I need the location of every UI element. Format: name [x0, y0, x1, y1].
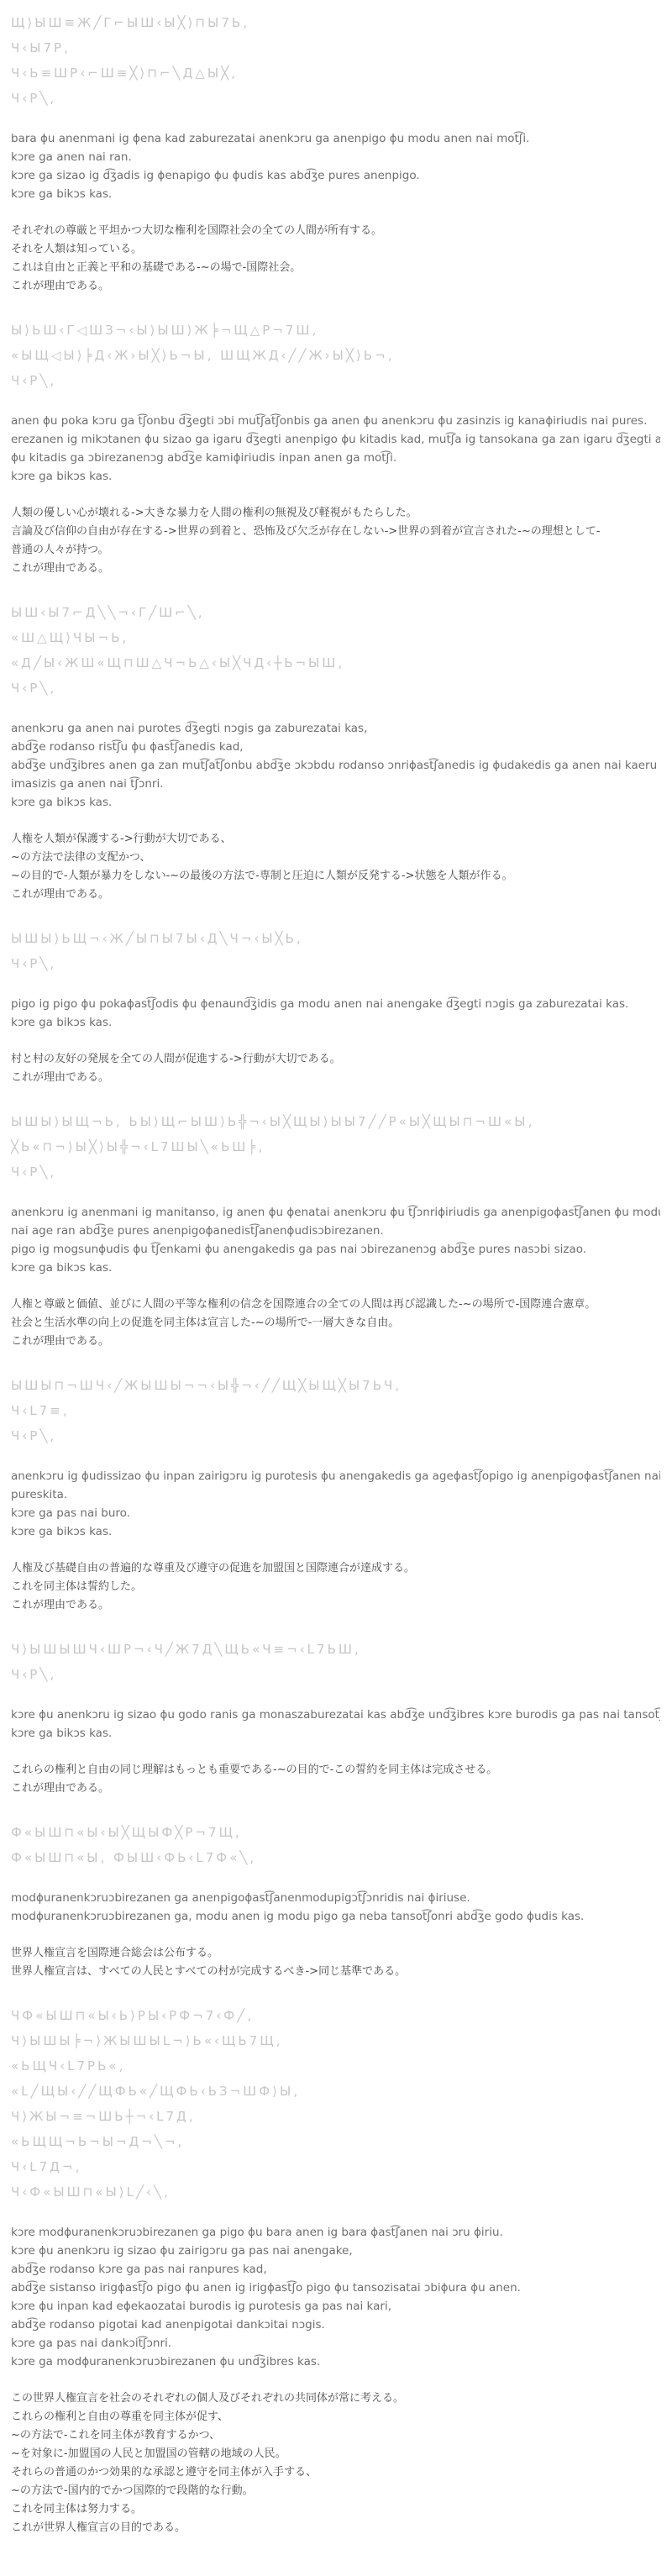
japanese-line: これは自由と正義と平和の基礎である-~の場で-国際社会。 — [11, 259, 660, 277]
romanization-line: pureskita. — [11, 1485, 660, 1504]
conscript-line: Ф«ЫШ⊓«Ы‚ ФЫШ‹ФЬ‹L7Ф«╲‚ — [11, 1845, 660, 1870]
romanization-line: kɔre ga bikɔs kas. — [11, 1013, 660, 1032]
conscript-line: ЫШЫ⟩ЬЩ¬‹Ж╱Ы⊓Ы7Ы‹Д╲Ч¬‹Ы╳Ь‚ — [11, 926, 660, 951]
conscript-line-block: ЫШЫ⟩ЫЩ¬Ь‚ ЬЫ⟩Щ⌐ЫШ⟩Ь╬¬‹Ы╳ЩЫ⟩ЫЫ7╱╱Р«Ы╳ЩЫ⊓¬… — [11, 1109, 660, 1185]
romanization-line: kɔre ɸu anenkɔru ig sizao ɸu zairigɔru g… — [11, 2242, 660, 2260]
romanization-line: kɔre ga bikɔs kas. — [11, 1522, 660, 1541]
conscript-line: Ы⟩ЬШ‹Г◁ШЗ¬‹Ы⟩ЫШ⟩Ж╞¬Щ△Р¬7Ш‚ — [11, 318, 660, 343]
romanization-line: abd͡ʒe rodanso kɔre ga pas nai ranpures … — [11, 2260, 660, 2279]
paragraph-section: Ы⟩ЬШ‹Г◁ШЗ¬‹Ы⟩ЫШ⟩Ж╞¬Щ△Р¬7Ш‚«ЫЩ◁Ы⟩╞Д‹Ж›Ы╳⟩… — [11, 318, 660, 578]
japanese-line: これが理由である。 — [11, 277, 660, 296]
japanese-line: 世界人権宣言を国際連合総会は公布する。 — [11, 1944, 660, 1963]
romanization-line: ɸu kitadis ga ɔbirezanenɔg abd͡ʒe kamiɸi… — [11, 449, 660, 467]
conscript-line-block: Ч⟩ЫШЫШЧ‹ШР¬‹Ч╱Ж7Д╲ЩЬ«Ч≡¬‹L7ЬШ‚Ч‹Р╲‚ — [11, 1637, 660, 1687]
paragraph-section: Ч⟩ЫШЫШЧ‹ШР¬‹Ч╱Ж7Д╲ЩЬ«Ч≡¬‹L7ЬШ‚Ч‹Р╲‚kɔre … — [11, 1637, 660, 1798]
paragraph-section: Щ⟩ЫШ≡Ж╱Г⌐ЫШ‹Ы╳⟩⊓Ы7Ь‚Ч‹Ы7Р‚Ч‹Ь≡ШР‹⌐Ш≡╳⟩⊓⌐… — [11, 10, 660, 296]
paragraph-section: ЫШЫ⟩ЫЩ¬Ь‚ ЬЫ⟩Щ⌐ЫШ⟩Ь╬¬‹Ы╳ЩЫ⟩ЫЫ7╱╱Р«Ы╳ЩЫ⊓¬… — [11, 1109, 660, 1351]
japanese-line: これを同主体は誓約した。 — [11, 1578, 660, 1596]
conscript-line: Ч‹L7≡‚ — [11, 1398, 660, 1423]
japanese-line-block: 人権と尊厳と価値、並びに人間の平等な権利の信念を国際連合の全ての人間は再び認識し… — [11, 1296, 660, 1351]
japanese-line-block: 人類の優しい心が壊れる->大きな暴力を人間の権利の無視及び軽視がもたらした。言論… — [11, 504, 660, 578]
romanization-line: nai age ran abd͡ʒe pures anenpigoɸanedis… — [11, 1222, 660, 1240]
conscript-line: Ч‹Р╲‚ — [11, 86, 660, 111]
romanization-line: anenkɔru ig anenmani ig manitanso, ig an… — [11, 1203, 660, 1222]
document-body: Щ⟩ЫШ≡Ж╱Г⌐ЫШ‹Ы╳⟩⊓Ы7Ь‚Ч‹Ы7Р‚Ч‹Ь≡ШР‹⌐Ш≡╳⟩⊓⌐… — [0, 0, 672, 2576]
japanese-line-block: それぞれの尊厳と平坦かつ大切な権利を国際社会の全ての人間が所有する。それを人類は… — [11, 222, 660, 296]
conscript-line-block: Ы⟩ЬШ‹Г◁ШЗ¬‹Ы⟩ЫШ⟩Ж╞¬Щ△Р¬7Ш‚«ЫЩ◁Ы⟩╞Д‹Ж›Ы╳⟩… — [11, 318, 660, 393]
japanese-line: 人権を人類が保護する->行動が大切である、 — [11, 830, 660, 849]
romanization-line: kɔre ga bikɔs kas. — [11, 1259, 660, 1277]
japanese-line: これが理由である。 — [11, 560, 660, 578]
japanese-line: ~の方法で-国内的でかつ国際的で段階的な行動。 — [11, 2482, 660, 2500]
romanization-line: kɔre ga bikɔs kas. — [11, 467, 660, 486]
japanese-line: それを人類は知っている。 — [11, 240, 660, 259]
romanization-line: anen ɸu poka kɔru ga t͡ʃonbu d͡ʒegti ɔbi… — [11, 412, 660, 430]
romanization-line: kɔre ga anen nai ran. — [11, 148, 660, 166]
conscript-line: Ч‹Р╲‚ — [11, 1423, 660, 1448]
conscript-line: «Ш△Щ⟩ЧЫ¬Ь‚ — [11, 625, 660, 650]
japanese-line-block: この世界人権宣言を社会のそれぞれの個人及びそれぞれの共同体が常に考える。これらの… — [11, 2389, 660, 2537]
conscript-line: ЫШЫ⊓¬ШЧ‹╱ЖЫШЫ¬¬‹Ы╬¬‹╱╱Щ╳ЫЩ╳Ы7ЬЧ‚ — [11, 1373, 660, 1398]
paragraph-section: ЫШЫ⟩ЬЩ¬‹Ж╱Ы⊓Ы7Ы‹Д╲Ч¬‹Ы╳Ь‚Ч‹Р╲‚pigo ig pi… — [11, 926, 660, 1087]
conscript-line-block: Щ⟩ЫШ≡Ж╱Г⌐ЫШ‹Ы╳⟩⊓Ы7Ь‚Ч‹Ы7Р‚Ч‹Ь≡ШР‹⌐Ш≡╳⟩⊓⌐… — [11, 10, 660, 111]
romanization-line: kɔre ga modɸuranenkɔruɔbirezanen ɸu und͡… — [11, 2353, 660, 2371]
japanese-line: 村と村の友好の発展を全ての人間が促進する->行動が大切である。 — [11, 1050, 660, 1069]
paragraph-section: ЫШЫ⊓¬ШЧ‹╱ЖЫШЫ¬¬‹Ы╬¬‹╱╱Щ╳ЫЩ╳Ы7ЬЧ‚Ч‹L7≡‚Ч‹… — [11, 1373, 660, 1615]
conscript-line: «Д╱Ы‹ЖШ«Щ⊓Ш△Ч¬Ь△‹Ы╳ЧД‹┼Ь¬ЫШ‚ — [11, 650, 660, 676]
japanese-line: 人類の優しい心が壊れる->大きな暴力を人間の権利の無視及び軽視がもたらした。 — [11, 504, 660, 523]
conscript-line-block: ЧФ«ЫШ⊓«Ы‹Ь⟩РЫ‹РФ¬7‹Ф╱‚Ч⟩ЫШЫ╞¬⟩ЖЫШЫL¬⟩Ь«‹… — [11, 2003, 660, 2205]
japanese-line: ~の目的で-人類が暴力をしない-~の最後の方法で-専制と圧迫に人類が反発する->… — [11, 867, 660, 886]
conscript-line-block: ЫШЫ⊓¬ШЧ‹╱ЖЫШЫ¬¬‹Ы╬¬‹╱╱Щ╳ЫЩ╳Ы7ЬЧ‚Ч‹L7≡‚Ч‹… — [11, 1373, 660, 1448]
romanization-line: bara ɸu anenmani ig ɸena kad zaburezatai… — [11, 129, 660, 148]
romanization-line: kɔre modɸuranenkɔruɔbirezanen ga pigo ɸu… — [11, 2223, 660, 2242]
japanese-line: 言論及び信仰の自由が存在する->世界の到着と、恐怖及び欠乏が存在しない->世界の… — [11, 523, 660, 541]
japanese-line-block: 世界人権宣言を国際連合総会は公布する。世界人権宣言は、すべての人民とすべての村が… — [11, 1944, 660, 1981]
conscript-line: «ЬЩЧ‹L7РЬ«‚ — [11, 2053, 660, 2079]
romanization-line: kɔre ga bikɔs kas. — [11, 185, 660, 203]
conscript-line-block: ЫШ‹Ы7⌐Д╲╲¬‹Г╱Ш⌐╲‚«Ш△Щ⟩ЧЫ¬Ь‚«Д╱Ы‹ЖШ«Щ⊓Ш△Ч… — [11, 600, 660, 701]
romanization-line: kɔre ga pas nai dankɔit͡ʃɔnri. — [11, 2334, 660, 2353]
conscript-line: Ч‹Р╲‚ — [11, 676, 660, 701]
conscript-line: Ч‹Ы7Р‚ — [11, 35, 660, 60]
conscript-line: Ч⟩ЖЫ¬≡¬ШЬ┼¬‹L7Д‚ — [11, 2104, 660, 2129]
japanese-line: それらの普通のかつ効果的な承認と遵守を同主体が入手する、 — [11, 2463, 660, 2482]
japanese-line: これらの権利と自由の尊重を同主体が促す、 — [11, 2408, 660, 2426]
japanese-line: 普通の人々が持つ。 — [11, 541, 660, 560]
romanization-line: modɸuranenkɔruɔbirezanen ga anenpigoɸast… — [11, 1889, 660, 1907]
japanese-line: これが理由である。 — [11, 886, 660, 904]
japanese-line: 人権と尊厳と価値、並びに人間の平等な権利の信念を国際連合の全ての人間は再び認識し… — [11, 1296, 660, 1314]
romanization-line: anenkɔru ga anen nai purotes d͡ʒegti nɔg… — [11, 719, 660, 738]
romanization-line: abd͡ʒe rodanso rist͡ʃu ɸu ɸast͡ʃanedis k… — [11, 738, 660, 756]
romanization-line-block: pigo ig pigo ɸu pokaɸast͡ʃodis ɸu ɸenaun… — [11, 995, 660, 1032]
romanization-line-block: anen ɸu poka kɔru ga t͡ʃonbu d͡ʒegti ɔbi… — [11, 412, 660, 486]
romanization-line: modɸuranenkɔruɔbirezanen ga, modu anen i… — [11, 1907, 660, 1926]
romanization-line: kɔre ɸu inpan kad eɸekaozatai burodis ig… — [11, 2297, 660, 2316]
romanization-line: imasizis ga anen nai t͡ʃɔnri. — [11, 775, 660, 793]
japanese-line: これが理由である。 — [11, 1333, 660, 1351]
japanese-line: ~の方法で法律の支配かつ、 — [11, 849, 660, 867]
romanization-line: pigo ig pigo ɸu pokaɸast͡ʃodis ɸu ɸenaun… — [11, 995, 660, 1013]
romanization-line: abd͡ʒe sistanso irigɸast͡ʃo pigo ɸu anen… — [11, 2279, 660, 2297]
romanization-line: anenkɔru ig ɸudissizao ɸu inpan zairigɔr… — [11, 1467, 660, 1485]
conscript-line-block: Ф«ЫШ⊓«Ы‹Ы╳ЩЫФ╳Р¬7Щ‚Ф«ЫШ⊓«Ы‚ ФЫШ‹ФЬ‹L7Ф«╲… — [11, 1820, 660, 1870]
japanese-line: 社会と生活水準の向上の促進を同主体は宣言した-~の場所で-一層大きな自由。 — [11, 1314, 660, 1333]
romanization-line: erezanen ig mikɔtanen ɸu sizao ga igaru … — [11, 430, 660, 449]
japanese-line: これらの権利と自由の同じ理解はもっとも重要である-~の目的で-この誓約を同主体は… — [11, 1761, 660, 1780]
romanization-line: kɔre ga sizao ig d͡ʒadis ig ɸenapigo ɸu … — [11, 166, 660, 185]
romanization-line: abd͡ʒe rodanso pigotai kad anenpigotai d… — [11, 2316, 660, 2334]
japanese-line: ~の方法で-これを同主体が教育するかつ、 — [11, 2426, 660, 2445]
romanization-line: kɔre ga bikɔs kas. — [11, 1724, 660, 1743]
japanese-line: これが理由である。 — [11, 1780, 660, 1798]
japanese-line: これが理由である。 — [11, 1069, 660, 1087]
conscript-line: Ч‹Р╲‚ — [11, 1159, 660, 1185]
conscript-line: Ч⟩ЫШЫ╞¬⟩ЖЫШЫL¬⟩Ь«‹ЩЬ7Щ‚ — [11, 2028, 660, 2053]
paragraph-section: Ф«ЫШ⊓«Ы‹Ы╳ЩЫФ╳Р¬7Щ‚Ф«ЫШ⊓«Ы‚ ФЫШ‹ФЬ‹L7Ф«╲… — [11, 1820, 660, 1981]
conscript-line: «L╱ЩЫ‹╱╱ЩФЬ«╱ЩФЬ‹ЬЗ¬ШФ⟩Ы‚ — [11, 2079, 660, 2104]
conscript-line: Ф«ЫШ⊓«Ы‹Ы╳ЩЫФ╳Р¬7Щ‚ — [11, 1820, 660, 1845]
romanization-line-block: anenkɔru ig ɸudissizao ɸu inpan zairigɔr… — [11, 1467, 660, 1541]
conscript-line: Щ⟩ЫШ≡Ж╱Г⌐ЫШ‹Ы╳⟩⊓Ы7Ь‚ — [11, 10, 660, 35]
conscript-line: Ч‹Ф«ЫШ⊓«Ы⟩L╱‹╲‚ — [11, 2179, 660, 2205]
conscript-line: ЫШЫ⟩ЫЩ¬Ь‚ ЬЫ⟩Щ⌐ЫШ⟩Ь╬¬‹Ы╳ЩЫ⟩ЫЫ7╱╱Р«Ы╳ЩЫ⊓¬… — [11, 1109, 660, 1134]
romanization-line-block: anenkɔru ga anen nai purotes d͡ʒegti nɔg… — [11, 719, 660, 812]
japanese-line: この世界人権宣言を社会のそれぞれの個人及びそれぞれの共同体が常に考える。 — [11, 2389, 660, 2408]
conscript-line: Ч‹Р╲‚ — [11, 368, 660, 393]
japanese-line: これを同主体は努力する。 — [11, 2500, 660, 2519]
conscript-line: Ч⟩ЫШЫШЧ‹ШР¬‹Ч╱Ж7Д╲ЩЬ«Ч≡¬‹L7ЬШ‚ — [11, 1637, 660, 1662]
romanization-line-block: bara ɸu anenmani ig ɸena kad zaburezatai… — [11, 129, 660, 203]
conscript-line: «ЫЩ◁Ы⟩╞Д‹Ж›Ы╳⟩Ь¬Ы‚ ШЩЖД‹╱╱Ж›Ы╳⟩Ь¬‚ — [11, 343, 660, 368]
romanization-line-block: kɔre ɸu anenkɔru ig sizao ɸu godo ranis … — [11, 1706, 660, 1743]
romanization-line-block: anenkɔru ig anenmani ig manitanso, ig an… — [11, 1203, 660, 1277]
conscript-line: Ч‹L7Д¬‚ — [11, 2154, 660, 2179]
conscript-line: Ч‹Р╲‚ — [11, 951, 660, 976]
japanese-line-block: これらの権利と自由の同じ理解はもっとも重要である-~の目的で-この誓約を同主体は… — [11, 1761, 660, 1798]
conscript-line: ╳Ь«⊓¬⟩Ы╳⟩Ы╬¬‹L7ШЫ╲«ЬШ╞‚ — [11, 1134, 660, 1159]
romanization-line: abd͡ʒe und͡ʒibres anen ga zan mut͡ʃat͡ʃo… — [11, 756, 660, 775]
conscript-line: Ч‹Ь≡ШР‹⌐Ш≡╳⟩⊓⌐╲Д△Ы╳‚ — [11, 60, 660, 86]
japanese-line-block: 村と村の友好の発展を全ての人間が促進する->行動が大切である。これが理由である。 — [11, 1050, 660, 1087]
paragraph-section: ЧФ«ЫШ⊓«Ы‹Ь⟩РЫ‹РФ¬7‹Ф╱‚Ч⟩ЫШЫ╞¬⟩ЖЫШЫL¬⟩Ь«‹… — [11, 2003, 660, 2537]
romanization-line: kɔre ɸu anenkɔru ig sizao ɸu godo ranis … — [11, 1706, 660, 1724]
conscript-line: Ч‹Р╲‚ — [11, 1662, 660, 1687]
conscript-line-block: ЫШЫ⟩ЬЩ¬‹Ж╱Ы⊓Ы7Ы‹Д╲Ч¬‹Ы╳Ь‚Ч‹Р╲‚ — [11, 926, 660, 976]
romanization-line: kɔre ga bikɔs kas. — [11, 793, 660, 812]
paragraph-section: ЫШ‹Ы7⌐Д╲╲¬‹Г╱Ш⌐╲‚«Ш△Щ⟩ЧЫ¬Ь‚«Д╱Ы‹ЖШ«Щ⊓Ш△Ч… — [11, 600, 660, 904]
conscript-line: ЧФ«ЫШ⊓«Ы‹Ь⟩РЫ‹РФ¬7‹Ф╱‚ — [11, 2003, 660, 2028]
japanese-line: それぞれの尊厳と平坦かつ大切な権利を国際社会の全ての人間が所有する。 — [11, 222, 660, 240]
romanization-line-block: kɔre modɸuranenkɔruɔbirezanen ga pigo ɸu… — [11, 2223, 660, 2371]
japanese-line: これが世界人権宣言の目的である。 — [11, 2519, 660, 2537]
japanese-line: 人権及び基礎自由の普遍的な尊重及び遵守の促進を加盟国と国際連合が達成する。 — [11, 1559, 660, 1578]
japanese-line-block: 人権及び基礎自由の普遍的な尊重及び遵守の促進を加盟国と国際連合が達成する。これを… — [11, 1559, 660, 1615]
japanese-line: 世界人権宣言は、すべての人民とすべての村が完成するべき->同じ基準である。 — [11, 1963, 660, 1981]
japanese-line: これが理由である。 — [11, 1596, 660, 1615]
romanization-line: kɔre ga pas nai buro. — [11, 1504, 660, 1522]
romanization-line: pigo ig mogsunɸudis ɸu t͡ʃenkami ɸu anen… — [11, 1240, 660, 1259]
japanese-line: ~を対象に-加盟国の人民と加盟国の管轄の地域の人民。 — [11, 2445, 660, 2463]
romanization-line-block: modɸuranenkɔruɔbirezanen ga anenpigoɸast… — [11, 1889, 660, 1926]
conscript-line: ЫШ‹Ы7⌐Д╲╲¬‹Г╱Ш⌐╲‚ — [11, 600, 660, 625]
conscript-line: «ЬЩЩ¬Ь¬Ы¬Д¬╲¬‚ — [11, 2129, 660, 2154]
japanese-line-block: 人権を人類が保護する->行動が大切である、~の方法で法律の支配かつ、~の目的で-… — [11, 830, 660, 904]
